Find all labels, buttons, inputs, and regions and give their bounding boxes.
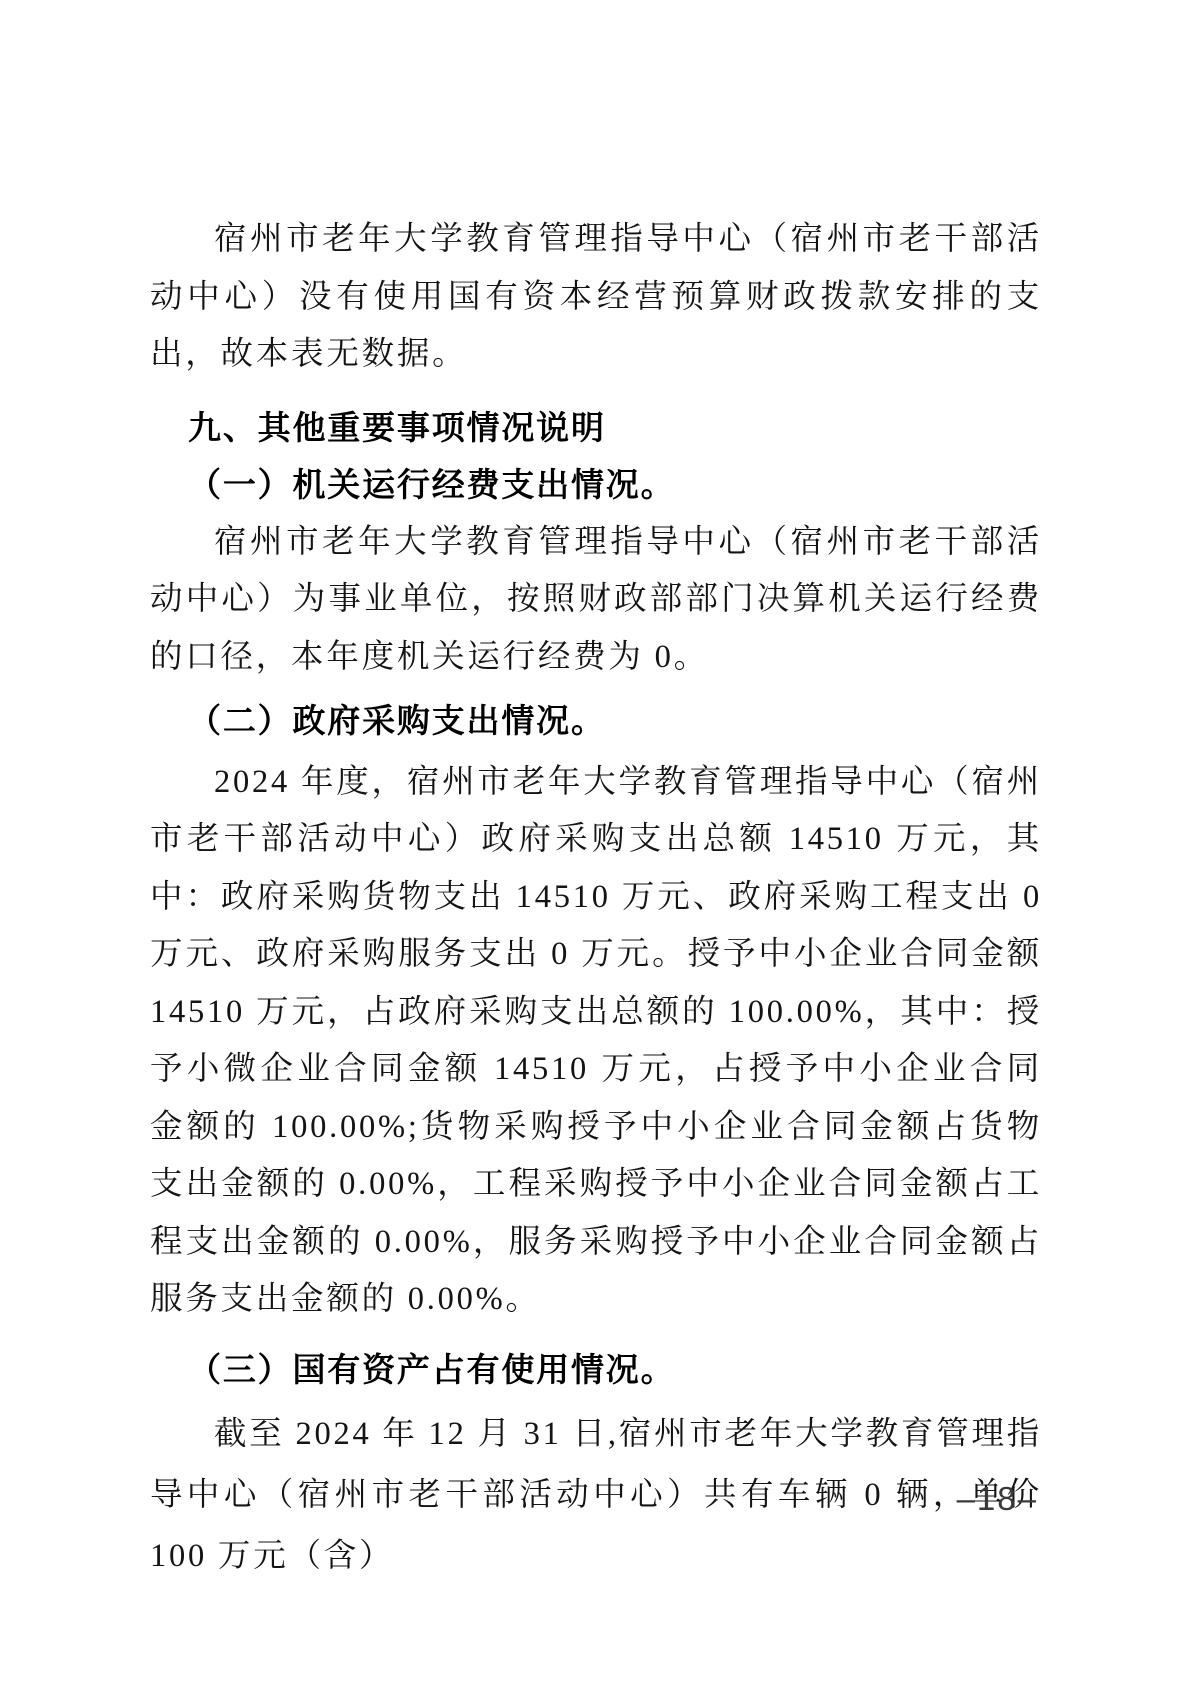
paragraph-government-procurement: 2024 年度，宿州市老年大学教育管理指导中心（宿州市老干部活动中心）政府采购支… — [150, 754, 1042, 1329]
paragraph-no-state-capital-data: 宿州市老年大学教育管理指导中心（宿州市老干部活动中心）没有使用国有资本经营预算财… — [150, 211, 1042, 384]
paragraph-operating-funds: 宿州市老年大学教育管理指导中心（宿州市老干部活动中心）为事业单位，按照财政部部门… — [150, 514, 1042, 687]
page-number: –18– — [957, 1480, 1038, 1518]
subsection-one-heading: （一）机关运行经费支出情况。 — [150, 456, 1042, 514]
subsection-three-heading: （三）国有资产占有使用情况。 — [150, 1341, 1042, 1399]
document-page: 宿州市老年大学教育管理指导中心（宿州市老干部活动中心）没有使用国有资本经营预算财… — [0, 0, 1190, 1683]
paragraph-state-assets: 截至 2024 年 12 月 31 日,宿州市老年大学教育管理指导中心（宿州市老… — [150, 1404, 1042, 1587]
document-body: 宿州市老年大学教育管理指导中心（宿州市老干部活动中心）没有使用国有资本经营预算财… — [150, 211, 1042, 1587]
section-nine-heading: 九、其他重要事项情况说明 — [150, 399, 1042, 457]
subsection-two-heading: （二）政府采购支出情况。 — [150, 692, 1042, 750]
